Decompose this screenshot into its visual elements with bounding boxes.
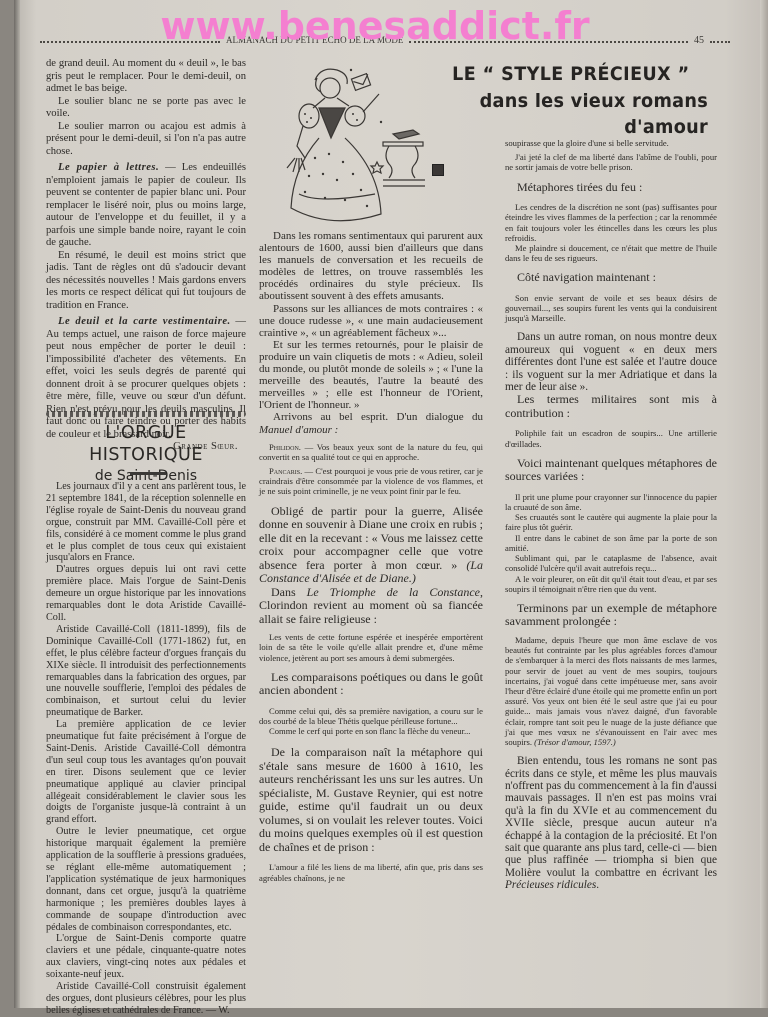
paragraph: D'autres orgues depuis lui ont ravi cett… (46, 564, 246, 624)
paragraph: De la comparaison naît la métaphore qui … (259, 746, 483, 854)
organ-article-body: Les journaux d'il y a cent ans parlèrent… (46, 481, 246, 1008)
paragraph: de grand deuil. Au moment du « deuil », … (46, 58, 246, 96)
section-lead: Les termes militaires sont mis à contrib… (505, 393, 717, 420)
leader-dots (710, 37, 730, 43)
article-title: L'ORGUE HISTORIQUE de Saint-Denis (46, 422, 246, 486)
subheading: Le deuil et la carte vestimentaire. (58, 316, 231, 327)
paragraph: Les journaux d'il y a cent ans parlèrent… (46, 481, 246, 564)
paragraph: Dans un autre roman, on nous montre deux… (505, 331, 717, 393)
quotation: Poliphile fait un escadron de soupirs...… (505, 428, 717, 448)
quotation: Les vents de cette fortune espérée et in… (259, 632, 483, 663)
precious-style-column-1: Dans les romans sentimentaux qui paruren… (259, 230, 483, 883)
quotation: Son envie servant de voile et ses beaux … (505, 293, 717, 324)
title-rule (130, 472, 166, 475)
paragraph: Le soulier blanc ne se porte pas avec le… (46, 96, 246, 121)
paragraph-papier: Le papier à lettres. — Les endeuillés n'… (46, 162, 246, 250)
section-lead: Voici maintenant quelques métaphores de … (505, 457, 717, 484)
paragraph: Dans les romans sentimentaux qui paruren… (259, 230, 483, 303)
paragraph: La première application de ce levier pne… (46, 719, 246, 826)
quotation: soupirasse que la gloire d'une si belle … (505, 138, 717, 148)
dialogue-line: Philidon. — Vos beaux yeux sont de la na… (259, 442, 483, 462)
dialogue-line: Pancaris. — C'est pourquoi je vous prie … (259, 466, 483, 497)
page-gutter (14, 0, 20, 1008)
quotation: A le voir pleurer, on eût dit qu'il étai… (505, 574, 717, 594)
quotation: Il prit une plume pour crayonner sur l'i… (505, 492, 717, 512)
page-number: 45 (694, 35, 704, 46)
quotation: Ses cruautés sont le cautère qui augment… (505, 512, 717, 532)
paragraph: L'orgue de Saint-Denis comporte quatre c… (46, 933, 246, 981)
paragraph: Outre le levier pneumatique, cet orgue h… (46, 826, 246, 933)
paragraph: Passons sur les alliances de mots contra… (259, 303, 483, 339)
section-lead: Les comparaisons poétiques ou dans le go… (259, 671, 483, 698)
paragraph: Dans Le Triomphe de la Constance, Clorin… (259, 586, 483, 627)
section-lead: Terminons par un exemple de métaphore sa… (505, 602, 717, 629)
quotation: L'amour a filé les liens de ma liberté, … (259, 862, 483, 882)
paragraph: Aristide Cavaillé-Coll (1811-1899), fils… (46, 624, 246, 719)
decorative-divider (46, 411, 246, 417)
quotation: Il entre dans le cabinet de son âme par … (505, 533, 717, 553)
watermark: www.benesaddict.fr (115, 4, 635, 48)
quotation: Me plaindre si doucement, ce n'était que… (505, 243, 717, 263)
ornament-square (432, 164, 444, 176)
paragraph: Le soulier marron ou acajou est admis à … (46, 121, 246, 159)
subheading: Le papier à lettres. (58, 162, 159, 173)
quotation: Sublimant qui, par le cataplasme de l'ab… (505, 553, 717, 573)
quotation: J'ai jeté la clef de ma liberté dans l'a… (505, 152, 717, 172)
page-edge (760, 0, 768, 1008)
paragraph: En résumé, le deuil est moins strict que… (46, 250, 246, 313)
precious-style-column-2: soupirasse que la gloire d'une si belle … (505, 138, 717, 892)
quotation: Les cendres de la discrétion ne sont (pa… (505, 202, 717, 243)
quotation: Comme celui qui, dès sa première navigat… (259, 706, 483, 726)
mourning-article-column: de grand deuil. Au moment du « deuil », … (46, 58, 246, 454)
paragraph: Et sur les termes retournés, pour le pla… (259, 339, 483, 412)
section-lead: Côté navigation maintenant : (505, 271, 717, 285)
paragraph: Bien entendu, tous les romans ne sont pa… (505, 755, 717, 891)
paragraph: Aristide Cavaillé-Coll construisit égale… (46, 981, 246, 1008)
paragraph: Arrivons au bel esprit. D'un dialogue du… (259, 411, 483, 435)
quotation: Comme le cerf qui porte en son flanc la … (259, 726, 483, 736)
article-title: LE “ STYLE PRÉCIEUX ” dans les vieux rom… (398, 60, 708, 140)
paragraph: Obligé de partir pour la guerre, Alisée … (259, 505, 483, 586)
quotation: Madame, depuis l'heure que mon âme escla… (505, 635, 717, 747)
section-lead: Métaphores tirées du feu : (505, 181, 717, 195)
